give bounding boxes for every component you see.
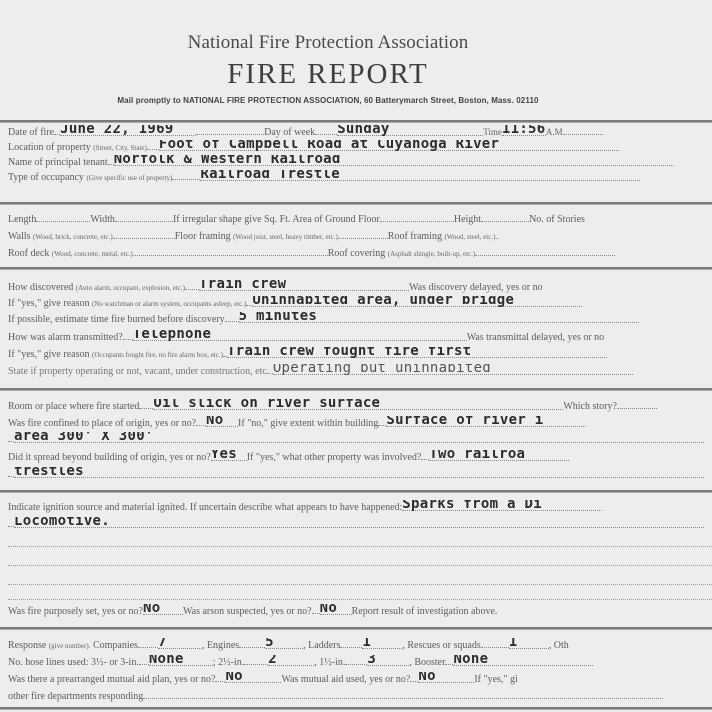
trans-reason-row: If "yes," give reason (Occupants fought … (8, 347, 712, 361)
response-hint: (give number). (49, 642, 91, 650)
ignition-blank-line[interactable] (8, 564, 712, 566)
confined-label: Was fire confined to place of origin, ye… (8, 418, 196, 429)
trans-reason-label: If "yes," give reason (8, 349, 89, 360)
time-suffix: A.M (546, 127, 563, 137)
how-discovered-hint: (Auto alarm, occupant, explosion, etc.) (76, 284, 185, 292)
day-field[interactable]: Sunday (337, 125, 483, 136)
roof-framing-hint: (Wood, steel, etc.).. (444, 233, 498, 241)
roof-framing-label: Roof framing (388, 231, 442, 242)
other-property-field[interactable]: Two railroa (429, 450, 569, 461)
alarm-field[interactable]: Telephone (133, 330, 467, 341)
walls-field[interactable] (113, 229, 175, 239)
mutual-plan-field[interactable]: No (225, 672, 281, 683)
location-row: Location of property (Street, City, Stat… (8, 140, 712, 154)
ladders-field[interactable]: 1 (362, 638, 402, 649)
hose-3in-field[interactable]: None (149, 655, 213, 666)
ignition-cont-row: Locomotive. (8, 517, 712, 531)
spread-field[interactable]: Yes (211, 450, 247, 461)
location-field[interactable]: Foot of Campbell Road at Cuyahoga River (159, 140, 619, 151)
roof-deck-label: Roof deck (8, 248, 49, 259)
reason-row: If "yes," give reason (No watchman or al… (8, 296, 712, 310)
area-field[interactable] (380, 212, 454, 222)
floor-framing-label: Floor framing (175, 231, 231, 242)
hose-row: No. hose lines used: 3½- or 3-in.None; 2… (8, 655, 712, 669)
mail-instructions: Mail promptly to NATIONAL FIRE PROTECTIO… (0, 96, 656, 105)
height-field[interactable] (481, 212, 529, 222)
ladders-label: , Ladders (303, 640, 340, 651)
state-label: State if property operating or not, vaca… (8, 366, 267, 377)
other-depts-row: other fire departments responding (8, 689, 712, 703)
section-divider (0, 490, 712, 493)
length-label: Length (8, 214, 36, 225)
delayed-label: Was discovery delayed, yes or no (409, 282, 543, 293)
floor-framing-hint: (Wood joist, steel, heavy timber, etc.) (233, 233, 338, 241)
spread-label: Did it spread beyond building of origin,… (8, 452, 211, 463)
walls-label: Walls (8, 231, 31, 242)
roof-covering-label: Roof covering (328, 248, 386, 259)
tenant-row: Name of principal tenantNorfolk & Wester… (8, 155, 712, 169)
roof-deck-hint: (Wood, concrete, metal, etc.) (52, 250, 133, 258)
state-row: State if property operating or not, vaca… (8, 364, 712, 378)
roof-covering-field[interactable] (475, 246, 615, 256)
reason-label: If "yes," give reason (8, 298, 89, 309)
width-field[interactable] (115, 212, 173, 222)
story-label: Which story? (563, 401, 617, 412)
companies-label: Companies (93, 640, 138, 651)
arson-field[interactable]: No (320, 604, 352, 615)
hose-2half-field[interactable]: 2 (268, 655, 314, 666)
section-divider (0, 627, 712, 630)
reason-field[interactable]: Uninhabited area, under bridge (252, 296, 582, 307)
estimate-label: If possible, estimate time fire burned b… (8, 314, 225, 325)
roof-covering-hint: (Asphalt shingle, built-up, etc.) (388, 250, 475, 258)
how-discovered-label: How discovered (8, 282, 73, 293)
trans-reason-field[interactable]: Train crew fought fire first (227, 347, 607, 358)
width-label: Width (90, 214, 115, 225)
tenant-label: Name of principal tenant (8, 157, 108, 168)
engines-label: , Engines (202, 640, 239, 651)
roof-deck-field[interactable] (133, 246, 328, 256)
extent-label: If "no," give extent within building (238, 418, 378, 429)
tenant-field[interactable]: Norfolk & Western Railroad (114, 155, 674, 166)
section-divider (0, 267, 712, 270)
transmittal-label: Was transmittal delayed, yes or no (467, 332, 605, 343)
report-label: Report result of investigation above. (352, 606, 498, 617)
roof-row: Roof deck (Wood, concrete, metal, etc.)R… (8, 246, 712, 260)
date-row: Date of fireJune 22, 1969Day of weekSund… (8, 125, 712, 139)
other-property-field-cont[interactable]: trestles (14, 467, 704, 478)
extent-cont-row: area 300' X 300' (8, 432, 712, 446)
organization-name: National Fire Protection Association (0, 32, 656, 54)
how-discovered-row: How discovered (Auto alarm, occupant, ex… (8, 280, 712, 294)
ignition-blank-line[interactable] (8, 598, 712, 600)
walls-row: Walls (Wood, brick, concrete, etc.)Floor… (8, 229, 712, 243)
hose-label: No. hose lines used: 3½- or 3-in. (8, 657, 139, 668)
extent-field-cont[interactable]: area 300' X 300' (14, 432, 704, 443)
section-divider (0, 120, 712, 123)
ignition-blank-line[interactable] (8, 583, 712, 585)
form-title: FIRE REPORT (0, 58, 656, 91)
arson-row: Was fire purposely set, yes or no?NoWas … (8, 604, 712, 618)
room-label: Room or place where fire started (8, 401, 139, 412)
room-row: Room or place where fire startedOil slic… (8, 399, 712, 413)
rescues-field[interactable]: 1 (509, 638, 549, 649)
story-field[interactable] (617, 399, 657, 409)
hose-1half-label: , 1½-in. (314, 657, 345, 668)
companies-field[interactable]: 7 (158, 638, 202, 649)
day-label: Day of week (264, 127, 315, 138)
alarm-label: How was alarm transmitted? (8, 332, 123, 343)
hose-2half-label: ; 2½-in. (213, 657, 244, 668)
arson-label: Was arson suspected, yes or no? (183, 606, 312, 617)
stories-label: No. of Stories (529, 214, 585, 225)
mutual-used-label: Was mutual aid used, yes or no? (281, 674, 410, 685)
confined-row: Was fire confined to place of origin, ye… (8, 416, 712, 430)
occupancy-field[interactable]: Railroad Trestle (200, 170, 640, 181)
section-divider (0, 202, 712, 205)
ignition-field[interactable]: Sparks from a Di (402, 500, 602, 511)
dimensions-row: LengthWidthIf irregular shape give Sq. F… (8, 212, 712, 226)
ignition-row: Indicate ignition source and material ig… (8, 500, 712, 514)
length-field[interactable] (36, 212, 90, 222)
booster-field[interactable]: None (453, 655, 593, 666)
time-label: Time (483, 127, 502, 137)
section-divider (0, 707, 712, 710)
purposely-label: Was fire purposely set, yes or no? (8, 606, 143, 617)
date-label: Date of fire (8, 127, 54, 138)
height-label: Height (454, 214, 481, 225)
mutual-plan-label: Was there a prearranged mutual aid plan,… (8, 674, 215, 685)
confined-field[interactable]: No (206, 416, 238, 427)
fire-report-form: National Fire Protection Association FIR… (0, 0, 712, 712)
booster-label: , Booster (409, 657, 445, 668)
estimate-row: If possible, estimate time fire burned b… (8, 312, 712, 326)
section-divider (0, 388, 712, 391)
ignition-field-cont[interactable]: Locomotive. (14, 517, 704, 528)
walls-hint: (Wood, brick, concrete, etc.) (33, 233, 113, 241)
state-field[interactable]: Operating but uninhabited (273, 364, 633, 375)
date-field[interactable]: June 22, 1969 (60, 125, 196, 136)
trans-reason-hint: (Occupants fought fire, no fire alarm bo… (92, 351, 223, 359)
mutual-aid-row: Was there a prearranged mutual aid plan,… (8, 672, 712, 686)
other-property-label: If "yes," what other property was involv… (247, 452, 422, 463)
other-label: , Oth (549, 640, 569, 651)
room-field[interactable]: Oil slick on river surface (153, 399, 563, 410)
occupancy-hint: (Give specific use of property) (86, 174, 172, 182)
irregular-label: If irregular shape give Sq. Ft. Area of … (173, 214, 380, 225)
alarm-row: How was alarm transmitted?TelephoneWas t… (8, 330, 712, 344)
purposely-field[interactable]: No (143, 604, 183, 615)
estimate-field[interactable]: 5 minutes (239, 312, 639, 323)
location-hint: (Street, City, State) (93, 144, 147, 152)
if-yes-label: If "yes," gi (474, 674, 517, 685)
reason-hint: (No watchman or alarm system, occupants … (92, 300, 246, 308)
extent-field[interactable]: Surface of river i (386, 416, 586, 427)
other-property-cont-row: trestles (8, 467, 712, 481)
hose-1half-field[interactable]: 3 (367, 655, 409, 666)
response-label: Response (8, 640, 46, 651)
engines-field[interactable]: 5 (265, 638, 303, 649)
mutual-used-field[interactable]: No (418, 672, 474, 683)
response-row: Response (give number). Companies7, Engi… (8, 638, 712, 652)
rescues-label: , Rescues or squads (402, 640, 480, 651)
ignition-label: Indicate ignition source and material ig… (8, 502, 402, 513)
spread-row: Did it spread beyond building of origin,… (8, 450, 712, 464)
time-field[interactable]: 11:56 (502, 125, 546, 136)
how-discovered-field[interactable]: Train crew (199, 280, 409, 291)
floor-framing-field[interactable] (338, 229, 388, 239)
other-depts-label: other fire departments responding (8, 691, 143, 702)
occupancy-row: Type of occupancy (Give specific use of … (8, 170, 712, 184)
location-label: Location of property (8, 142, 91, 153)
occupancy-label: Type of occupancy (8, 172, 84, 183)
other-depts-field[interactable] (143, 689, 663, 699)
ignition-blank-line[interactable] (8, 545, 712, 547)
